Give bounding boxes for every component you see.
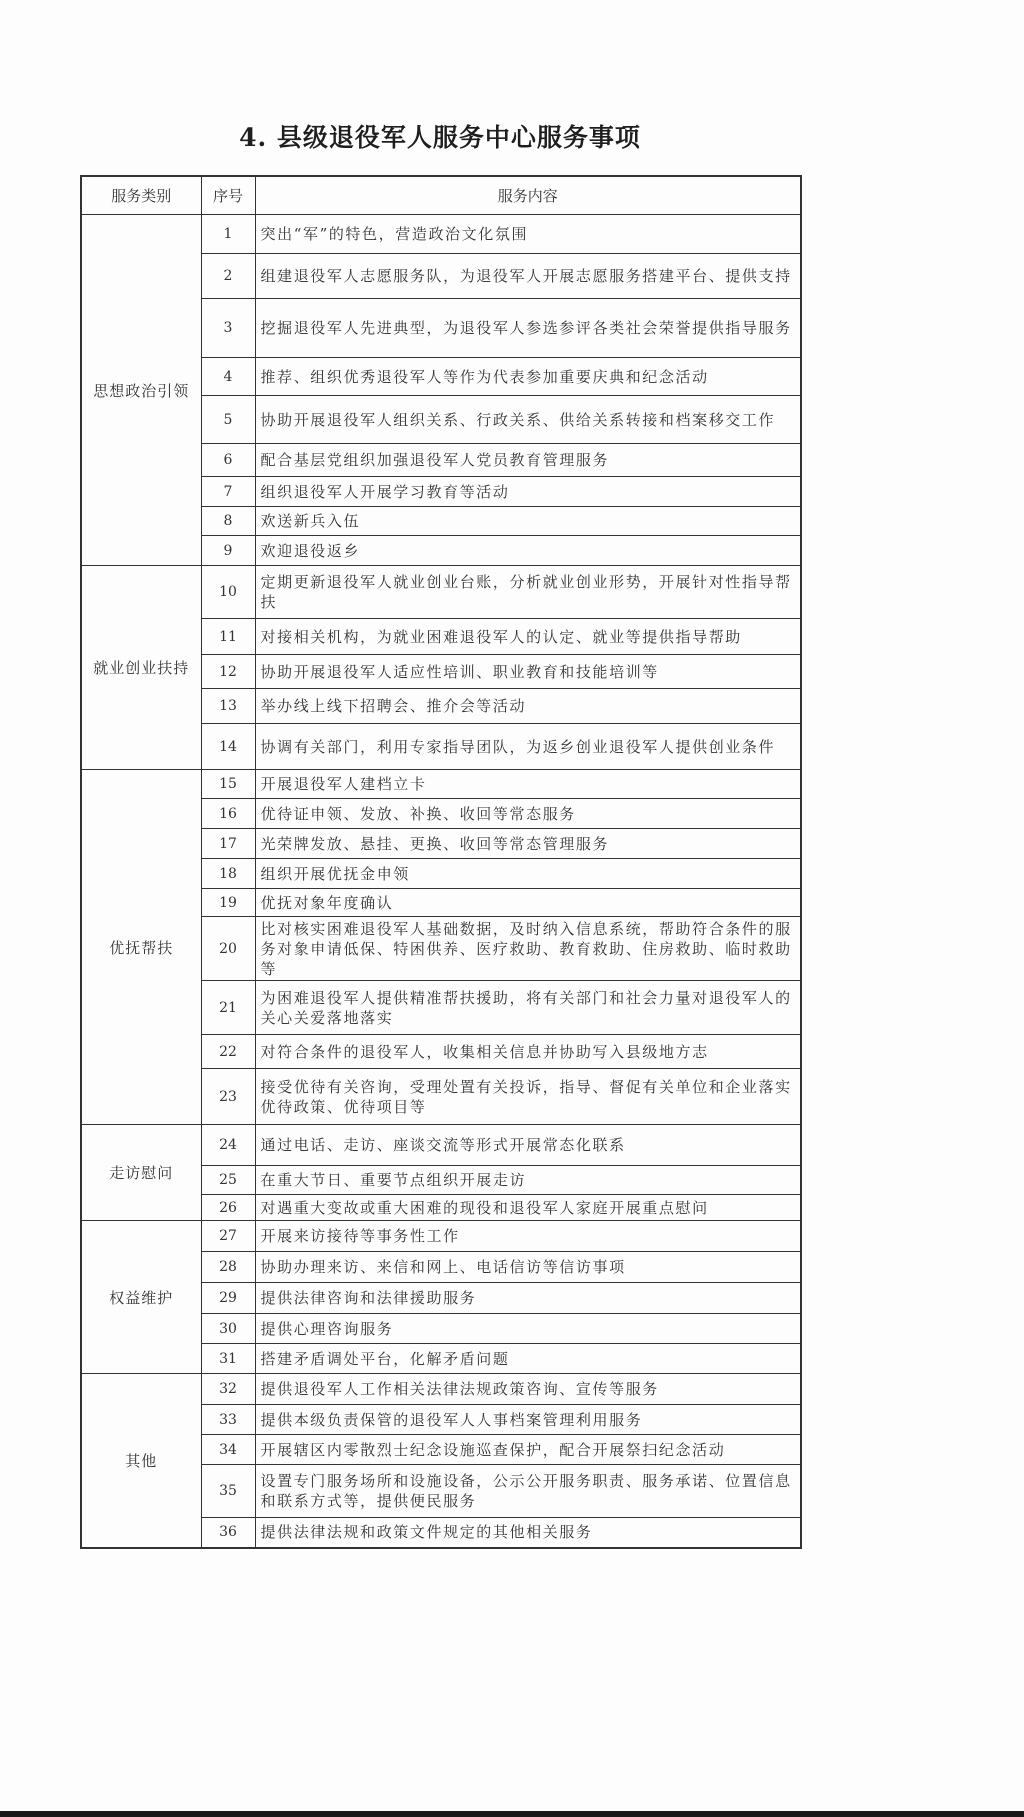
service-content: 在重大节日、重要节点组织开展走访 xyxy=(255,1166,801,1195)
service-content: 定期更新退役军人就业创业台账，分析就业创业形势，开展针对性指导帮扶 xyxy=(255,566,801,619)
category-cell: 走访慰问 xyxy=(81,1125,201,1221)
service-content: 光荣牌发放、悬挂、更换、收回等常态管理服务 xyxy=(255,829,801,859)
row-number: 22 xyxy=(201,1035,255,1069)
table-row: 优抚帮扶15开展退役军人建档立卡 xyxy=(81,770,801,799)
table-row: 走访慰问24通过电话、走访、座谈交流等形式开展常态化联系 xyxy=(81,1125,801,1166)
row-number: 7 xyxy=(201,477,255,507)
row-number: 35 xyxy=(201,1465,255,1518)
service-content: 对符合条件的退役军人，收集相关信息并协助写入县级地方志 xyxy=(255,1035,801,1069)
service-content: 提供退役军人工作相关法律法规政策咨询、宣传等服务 xyxy=(255,1374,801,1405)
row-number: 19 xyxy=(201,889,255,917)
service-content: 协助开展退役军人组织关系、行政关系、供给关系转接和档案移交工作 xyxy=(255,396,801,444)
service-content: 对遇重大变故或重大困难的现役和退役军人家庭开展重点慰问 xyxy=(255,1195,801,1221)
service-content: 优抚对象年度确认 xyxy=(255,889,801,917)
service-content: 提供法律咨询和法律援助服务 xyxy=(255,1283,801,1314)
row-number: 16 xyxy=(201,799,255,829)
service-content: 优待证申领、发放、补换、收回等常态服务 xyxy=(255,799,801,829)
row-number: 27 xyxy=(201,1221,255,1252)
header-content: 服务内容 xyxy=(255,176,801,215)
service-content: 对接相关机构，为就业困难退役军人的认定、就业等提供指导帮助 xyxy=(255,619,801,655)
row-number: 15 xyxy=(201,770,255,799)
service-content: 开展退役军人建档立卡 xyxy=(255,770,801,799)
table-row: 就业创业扶持10定期更新退役军人就业创业台账，分析就业创业形势，开展针对性指导帮… xyxy=(81,566,801,619)
service-content: 组建退役军人志愿服务队，为退役军人开展志愿服务搭建平台、提供支持 xyxy=(255,254,801,299)
row-number: 6 xyxy=(201,444,255,477)
row-number: 4 xyxy=(201,358,255,396)
row-number: 24 xyxy=(201,1125,255,1166)
service-content: 提供心理咨询服务 xyxy=(255,1314,801,1344)
row-number: 2 xyxy=(201,254,255,299)
service-content: 开展来访接待等事务性工作 xyxy=(255,1221,801,1252)
category-cell: 其他 xyxy=(81,1374,201,1548)
table-body: 思想政治引领1突出“军”的特色，营造政治文化氛围2组建退役军人志愿服务队，为退役… xyxy=(81,215,801,1548)
category-cell: 思想政治引领 xyxy=(81,215,201,566)
service-content: 组织开展优抚金申领 xyxy=(255,859,801,889)
services-table: 服务类别 序号 服务内容 思想政治引领1突出“军”的特色，营造政治文化氛围2组建… xyxy=(80,175,802,1549)
row-number: 13 xyxy=(201,689,255,724)
service-content: 搭建矛盾调处平台，化解矛盾问题 xyxy=(255,1344,801,1374)
service-content: 通过电话、走访、座谈交流等形式开展常态化联系 xyxy=(255,1125,801,1166)
service-content: 开展辖区内零散烈士纪念设施巡查保护，配合开展祭扫纪念活动 xyxy=(255,1435,801,1465)
table-row: 其他32提供退役军人工作相关法律法规政策咨询、宣传等服务 xyxy=(81,1374,801,1405)
table-row: 权益维护27开展来访接待等事务性工作 xyxy=(81,1221,801,1252)
row-number: 28 xyxy=(201,1252,255,1283)
service-content: 欢迎退役返乡 xyxy=(255,536,801,566)
service-content: 接受优待有关咨询，受理处置有关投诉，指导、督促有关单位和企业落实优待政策、优待项… xyxy=(255,1069,801,1125)
category-cell: 权益维护 xyxy=(81,1221,201,1374)
row-number: 11 xyxy=(201,619,255,655)
service-content: 协助开展退役军人适应性培训、职业教育和技能培训等 xyxy=(255,655,801,689)
row-number: 10 xyxy=(201,566,255,619)
category-cell: 就业创业扶持 xyxy=(81,566,201,770)
row-number: 21 xyxy=(201,981,255,1035)
row-number: 18 xyxy=(201,859,255,889)
row-number: 3 xyxy=(201,299,255,358)
row-number: 29 xyxy=(201,1283,255,1314)
service-content: 协助办理来访、来信和网上、电话信访等信访事项 xyxy=(255,1252,801,1283)
header-number: 序号 xyxy=(201,176,255,215)
row-number: 36 xyxy=(201,1518,255,1548)
row-number: 9 xyxy=(201,536,255,566)
row-number: 8 xyxy=(201,507,255,536)
row-number: 32 xyxy=(201,1374,255,1405)
service-content: 欢送新兵入伍 xyxy=(255,507,801,536)
row-number: 20 xyxy=(201,917,255,981)
row-number: 33 xyxy=(201,1405,255,1435)
service-content: 为困难退役军人提供精准帮扶援助，将有关部门和社会力量对退役军人的关心关爱落地落实 xyxy=(255,981,801,1035)
service-content: 举办线上线下招聘会、推介会等活动 xyxy=(255,689,801,724)
service-content: 组织退役军人开展学习教育等活动 xyxy=(255,477,801,507)
document-title: 4. 县级退役军人服务中心服务事项 xyxy=(0,118,880,154)
service-content: 设置专门服务场所和设施设备，公示公开服务职责、服务承诺、位置信息和联系方式等，提… xyxy=(255,1465,801,1518)
service-content: 挖掘退役军人先进典型，为退役军人参选参评各类社会荣誉提供指导服务 xyxy=(255,299,801,358)
row-number: 25 xyxy=(201,1166,255,1195)
row-number: 17 xyxy=(201,829,255,859)
service-content: 推荐、组织优秀退役军人等作为代表参加重要庆典和纪念活动 xyxy=(255,358,801,396)
service-content: 协调有关部门，利用专家指导团队，为返乡创业退役军人提供创业条件 xyxy=(255,724,801,770)
row-number: 26 xyxy=(201,1195,255,1221)
row-number: 31 xyxy=(201,1344,255,1374)
service-content: 配合基层党组织加强退役军人党员教育管理服务 xyxy=(255,444,801,477)
row-number: 12 xyxy=(201,655,255,689)
row-number: 5 xyxy=(201,396,255,444)
service-content: 比对核实困难退役军人基础数据，及时纳入信息系统，帮助符合条件的服务对象申请低保、… xyxy=(255,917,801,981)
service-content: 突出“军”的特色，营造政治文化氛围 xyxy=(255,215,801,254)
table-header-row: 服务类别 序号 服务内容 xyxy=(81,176,801,215)
service-content: 提供法律法规和政策文件规定的其他相关服务 xyxy=(255,1518,801,1548)
header-category: 服务类别 xyxy=(81,176,201,215)
table-row: 思想政治引领1突出“军”的特色，营造政治文化氛围 xyxy=(81,215,801,254)
row-number: 30 xyxy=(201,1314,255,1344)
service-content: 提供本级负责保管的退役军人人事档案管理利用服务 xyxy=(255,1405,801,1435)
row-number: 14 xyxy=(201,724,255,770)
bottom-rule xyxy=(0,1811,1024,1817)
category-cell: 优抚帮扶 xyxy=(81,770,201,1125)
row-number: 23 xyxy=(201,1069,255,1125)
row-number: 1 xyxy=(201,215,255,254)
row-number: 34 xyxy=(201,1435,255,1465)
